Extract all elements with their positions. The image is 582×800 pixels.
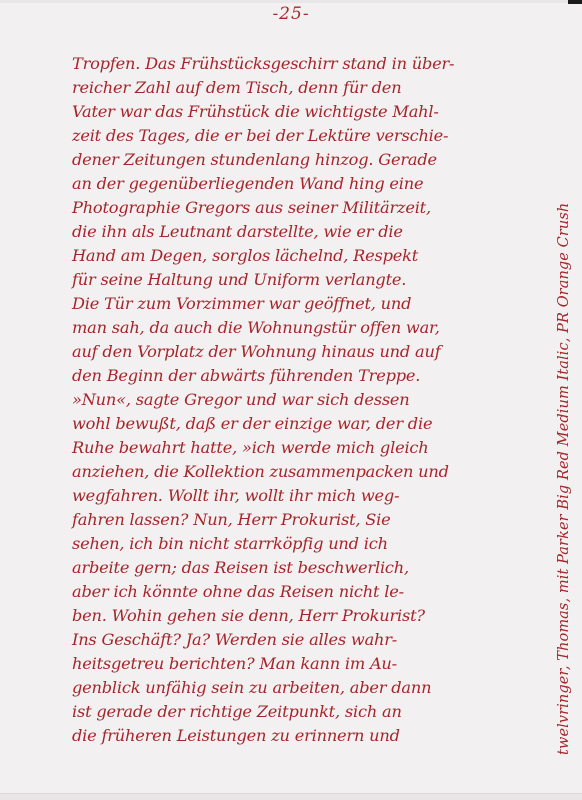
text-line: auf den Vorplatz der Wohnung hinaus und …	[72, 340, 532, 364]
text-line: zeit des Tages, die er bei der Lektüre v…	[72, 124, 532, 148]
text-line: für seine Haltung und Uniform verlangte.	[72, 268, 532, 292]
text-line: »Nun«, sagte Gregor und war sich dessen	[72, 388, 532, 412]
text-line: man sah, da auch die Wohnungstür offen w…	[72, 316, 532, 340]
vertical-margin-note: twelvringer, Thomas, mit Parker Big Red …	[556, 203, 572, 755]
text-line: Hand am Degen, sorglos lächelnd, Respekt	[72, 244, 532, 268]
text-line: ist gerade der richtige Zeitpunkt, sich …	[72, 700, 532, 724]
text-line: wohl bewußt, daß er der einzige war, der…	[72, 412, 532, 436]
handwritten-body-text: Tropfen. Das Frühstücksgeschirr stand in…	[72, 52, 532, 748]
text-line: wegfahren. Wollt ihr, wollt ihr mich weg…	[72, 484, 532, 508]
text-line: genblick unfähig sein zu arbeiten, aber …	[72, 676, 532, 700]
text-line: Vater war das Frühstück die wichtigste M…	[72, 100, 532, 124]
text-line: ben. Wohin gehen sie denn, Herr Prokuris…	[72, 604, 532, 628]
text-line: den Beginn der abwärts führenden Treppe.	[72, 364, 532, 388]
text-line: Ins Geschäft? Ja? Werden sie alles wahr-	[72, 628, 532, 652]
scan-top-edge	[0, 0, 582, 3]
text-line: heitsgetreu berichten? Man kann im Au-	[72, 652, 532, 676]
page-number: -25-	[0, 4, 582, 24]
text-line: Ruhe bewahrt hatte, »ich werde mich glei…	[72, 436, 532, 460]
text-line: an der gegenüberliegenden Wand hing eine	[72, 172, 532, 196]
text-line: aber ich könnte ohne das Reisen nicht le…	[72, 580, 532, 604]
text-line: sehen, ich bin nicht starrköpfig und ich	[72, 532, 532, 556]
text-line: anziehen, die Kollektion zusammenpacken …	[72, 460, 532, 484]
text-line: reicher Zahl auf dem Tisch, denn für den	[72, 76, 532, 100]
manuscript-page: -25- Tropfen. Das Frühstücksgeschirr sta…	[0, 0, 582, 800]
text-line: die ihn als Leutnant darstellte, wie er …	[72, 220, 532, 244]
text-line: dener Zeitungen stundenlang hinzog. Gera…	[72, 148, 532, 172]
text-line: Photographie Gregors aus seiner Militärz…	[72, 196, 532, 220]
scan-bottom-edge	[0, 793, 582, 800]
text-line: Tropfen. Das Frühstücksgeschirr stand in…	[72, 52, 532, 76]
text-line: Die Tür zum Vorzimmer war geöffnet, und	[72, 292, 532, 316]
text-line: fahren lassen? Nun, Herr Prokurist, Sie	[72, 508, 532, 532]
text-line: arbeite gern; das Reisen ist beschwerlic…	[72, 556, 532, 580]
text-line: die früheren Leistungen zu erinnern und	[72, 724, 532, 748]
